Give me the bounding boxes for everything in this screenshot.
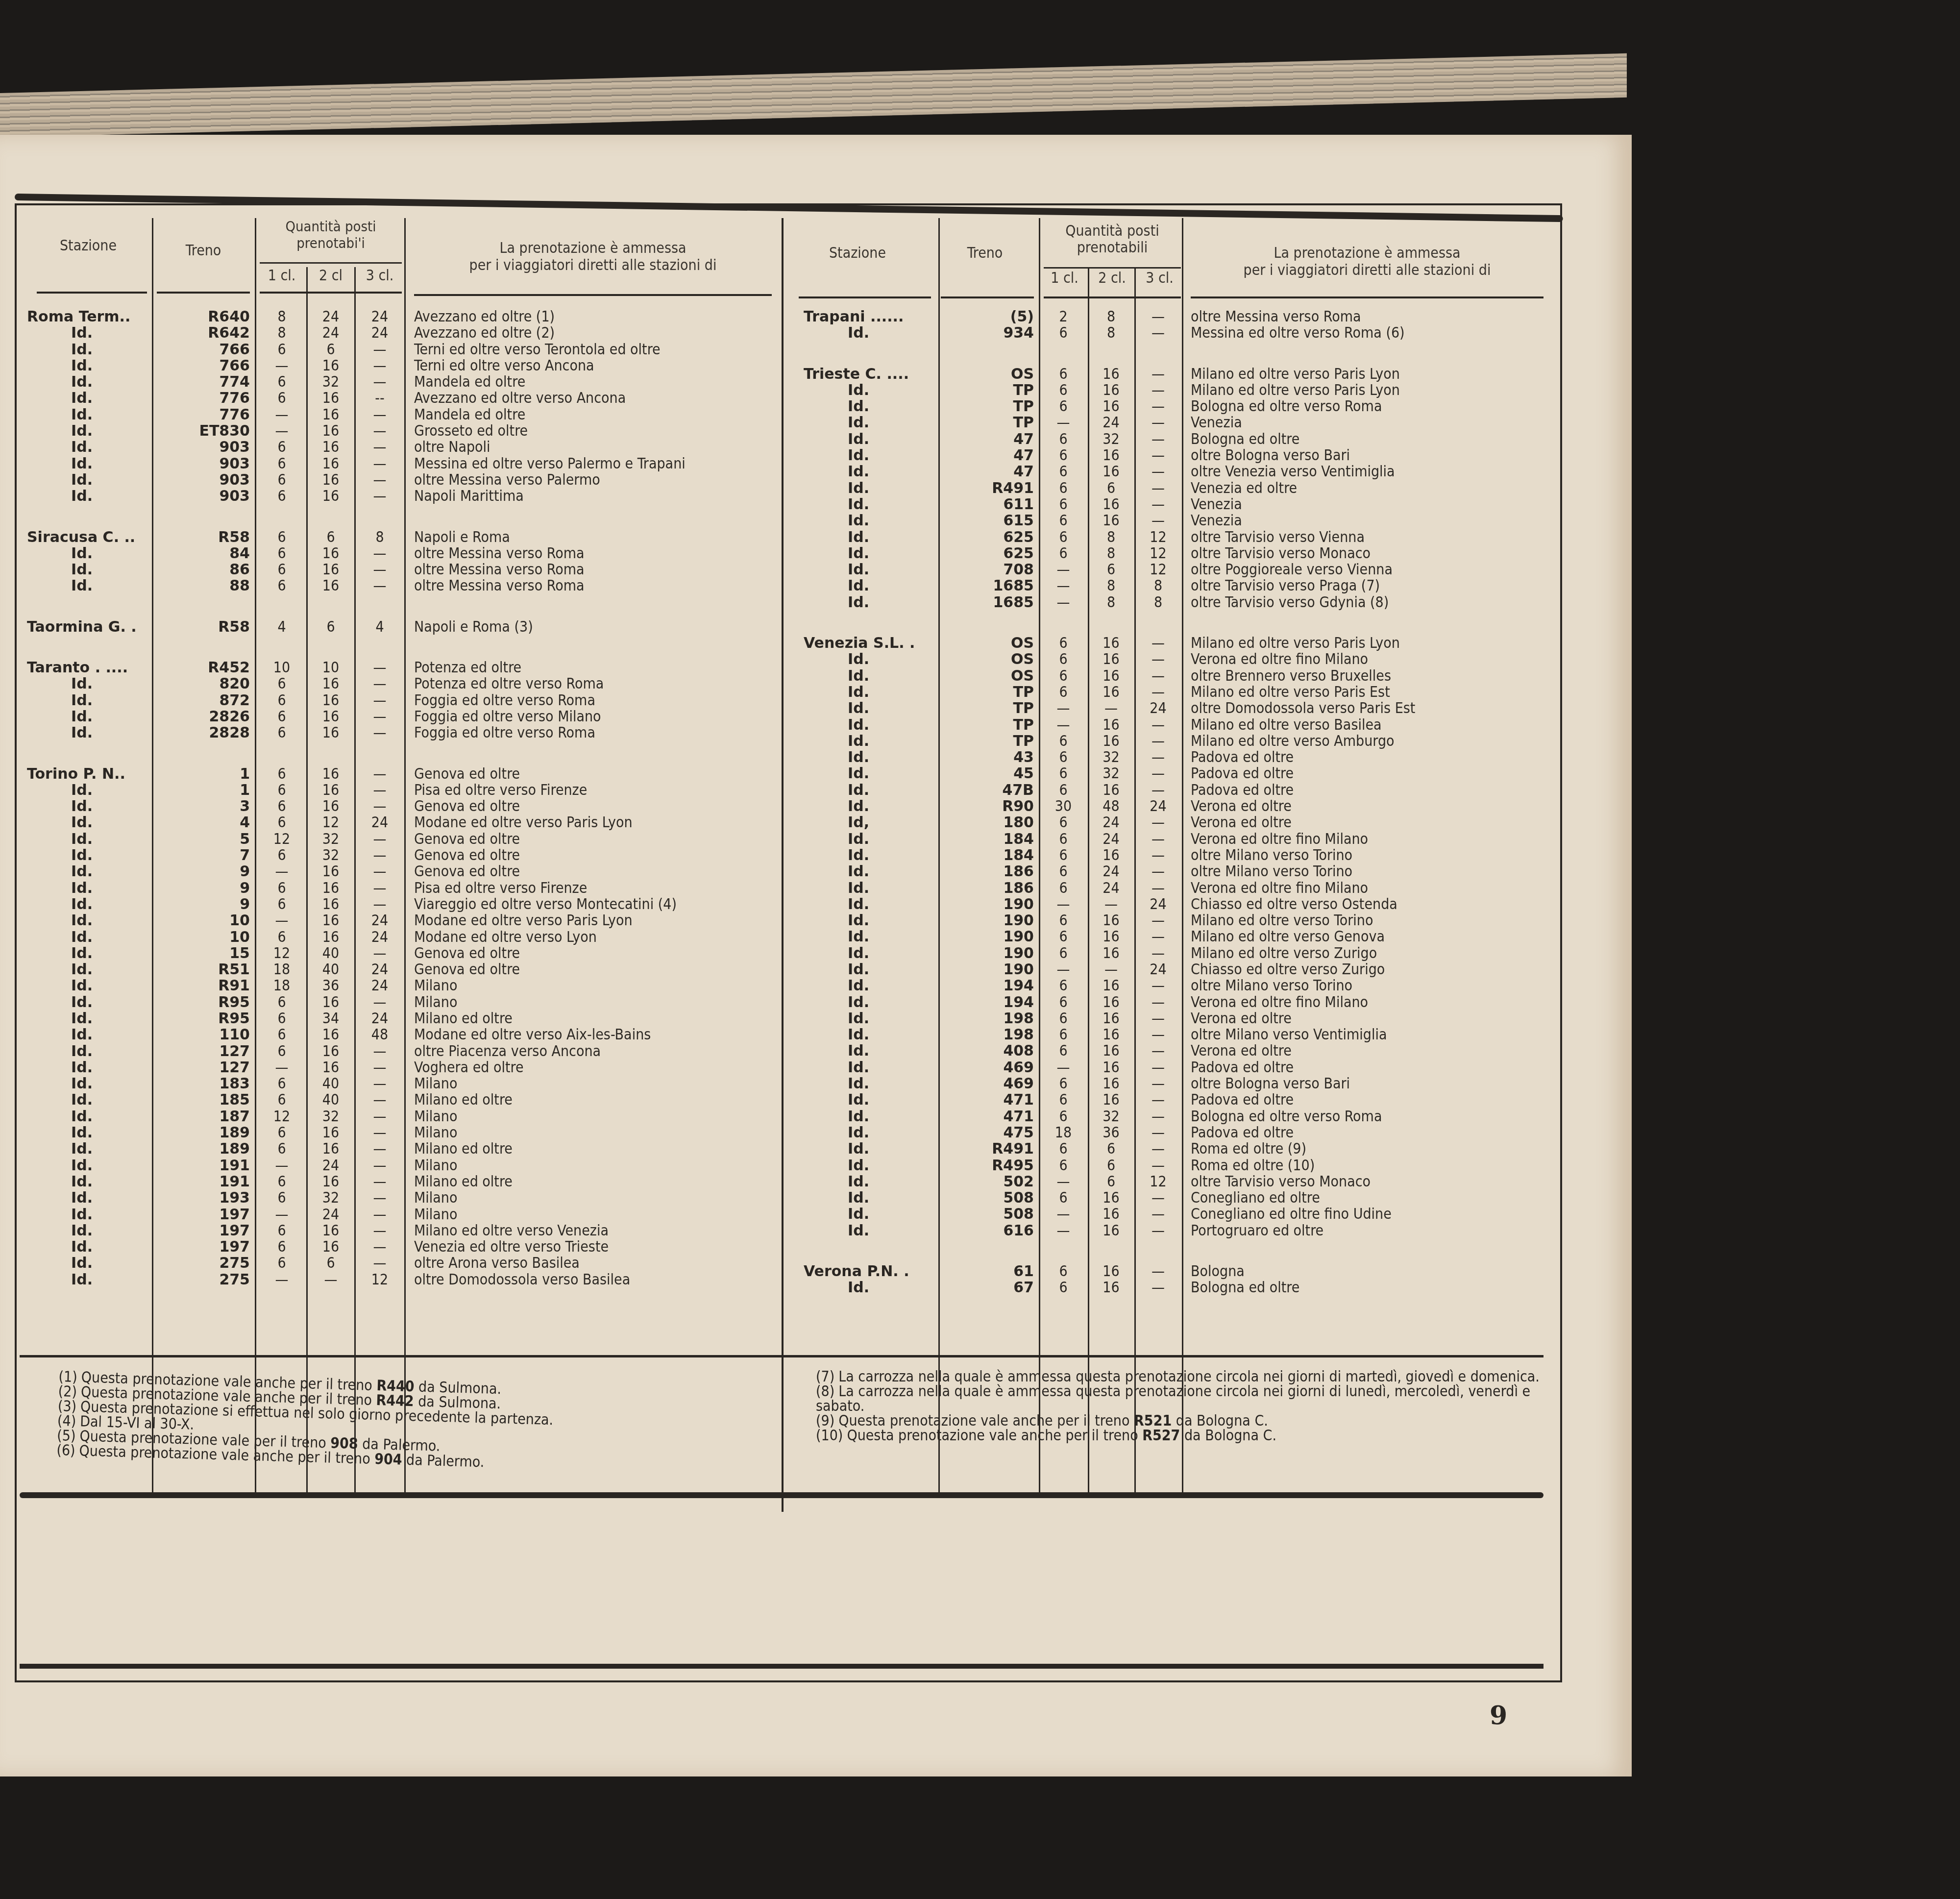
train-cell: 475	[941, 1125, 1034, 1141]
second-class-cell: 16	[306, 472, 355, 488]
table-row: Id.189616—Milano	[27, 1125, 777, 1141]
first-class-cell: 2	[1039, 309, 1088, 325]
first-class-cell: 6	[1039, 929, 1088, 945]
train-cell: 110	[154, 1027, 250, 1043]
train-cell: ET830	[154, 423, 250, 439]
first-class-cell: 6	[257, 896, 306, 913]
first-class-cell: 6	[257, 1223, 306, 1239]
book-page-edges	[0, 53, 1627, 137]
third-class-cell: 12	[355, 1272, 404, 1288]
first-class-cell: 6	[257, 439, 306, 455]
train-cell: 903	[154, 488, 250, 504]
second-class-cell: 24	[306, 1207, 355, 1223]
destination-cell: Padova ed oltre	[1191, 1060, 1294, 1076]
destination-cell: oltre Milano verso Torino	[1191, 847, 1352, 863]
destination-cell: Pisa ed oltre verso Firenze	[414, 880, 587, 896]
table-row: Id.151240—Genova ed oltre	[27, 945, 777, 962]
third-class-cell: —	[1134, 1076, 1182, 1092]
second-class-cell: 16	[306, 1125, 355, 1141]
second-class-cell: 16	[306, 896, 355, 913]
second-class-cell: 16	[1088, 1280, 1134, 1296]
table-row: Id.190——24Chiasso ed oltre verso Ostenda	[784, 896, 1548, 913]
header-underline	[37, 292, 147, 294]
second-class-cell: 16	[306, 994, 355, 1011]
third-class-cell: —	[1134, 1092, 1182, 1108]
destination-cell: Potenza ed oltre	[414, 660, 521, 676]
train-cell: 190	[941, 896, 1034, 913]
destination-cell: Mandela ed oltre	[414, 407, 525, 423]
third-class-cell: 24	[355, 814, 404, 831]
train-cell: 1	[154, 782, 250, 798]
first-class-cell: 18	[1039, 1125, 1088, 1141]
first-class-cell: 6	[1039, 978, 1088, 994]
first-class-cell: 6	[1039, 749, 1088, 765]
destination-cell: Genova ed oltre	[414, 863, 520, 880]
table-row: Id.903616—oltre Napoli	[27, 439, 777, 455]
second-class-cell: 48	[1088, 798, 1134, 814]
third-class-cell: —	[1134, 1060, 1182, 1076]
destination-cell: Venezia ed oltre	[1191, 480, 1297, 496]
third-class-cell: —	[1134, 749, 1182, 765]
second-class-cell: 16	[306, 709, 355, 725]
table-row: Id.776616--Avezzano ed oltre verso Ancon…	[27, 390, 777, 406]
footnotes-right: (7)La carrozza nella quale è ammessa que…	[816, 1370, 1541, 1443]
table-row: Id.774632—Mandela ed oltre	[27, 374, 777, 390]
destination-cell: Grosseto ed oltre	[414, 423, 528, 439]
second-class-cell: 34	[306, 1011, 355, 1027]
third-class-cell: —	[1134, 1263, 1182, 1280]
page-number: 9	[1490, 1701, 1507, 1730]
first-class-cell: 6	[1039, 635, 1088, 651]
second-class-cell: 16	[306, 725, 355, 741]
first-class-cell: 6	[257, 1011, 306, 1027]
destination-cell: Napoli e Roma (3)	[414, 619, 533, 635]
table-row: Id.903616—oltre Messina verso Palermo	[27, 472, 777, 488]
first-class-cell: 6	[257, 374, 306, 390]
train-cell: 190	[941, 962, 1034, 978]
first-class-cell: 6	[1039, 529, 1088, 545]
destination-cell: oltre Arona verso Basilea	[414, 1255, 580, 1271]
table-row: Id.197616—Milano ed oltre verso Venezia	[27, 1223, 777, 1239]
first-class-cell: —	[1039, 1223, 1088, 1239]
second-class-cell: 12	[306, 814, 355, 831]
train-cell: 903	[154, 456, 250, 472]
second-class-cell: 16	[306, 766, 355, 782]
header-underline	[799, 296, 931, 298]
table-row: Id.47616—oltre Bologna verso Bari	[784, 447, 1548, 464]
header-prenotazione-2: per i viaggiatori diretti alle stazioni …	[409, 257, 777, 274]
train-cell: 508	[941, 1190, 1034, 1206]
train-cell: OS	[941, 668, 1034, 684]
second-class-cell: 16	[306, 913, 355, 929]
train-cell: 61	[941, 1263, 1034, 1280]
first-class-cell: 6	[257, 814, 306, 831]
destination-cell: Venezia	[1191, 415, 1242, 431]
second-class-cell: 32	[306, 1190, 355, 1206]
third-class-cell: —	[355, 660, 404, 676]
train-cell: 615	[941, 513, 1034, 529]
third-class-cell: —	[1134, 1027, 1182, 1043]
train-cell: 191	[154, 1158, 250, 1174]
second-class-cell: —	[1088, 896, 1134, 913]
second-class-cell: 10	[306, 660, 355, 676]
third-class-cell: —	[1134, 1280, 1182, 1296]
first-class-cell: 12	[257, 1109, 306, 1125]
first-class-cell: —	[1039, 594, 1088, 611]
destination-cell: Milano	[414, 1125, 457, 1141]
train-cell: 84	[154, 545, 250, 562]
train-cell: 189	[154, 1141, 250, 1157]
train-cell: 183	[154, 1076, 250, 1092]
header-quantita: Quantità posti prenotabili	[1041, 223, 1183, 256]
train-cell: 186	[941, 863, 1034, 880]
destination-cell: Milano ed oltre	[414, 1092, 513, 1108]
train-cell: TP	[941, 398, 1034, 415]
first-class-cell: —	[1039, 896, 1088, 913]
third-class-cell: —	[355, 1141, 404, 1157]
second-class-cell: 16	[306, 407, 355, 423]
table-row: Taormina G. .R58464Napoli e Roma (3)	[27, 619, 777, 635]
table-row: Id.194616—oltre Milano verso Torino	[784, 978, 1548, 994]
table-row: Id.45632—Padova ed oltre	[784, 765, 1548, 782]
destination-cell: Potenza ed oltre verso Roma	[414, 676, 604, 692]
second-class-cell: 32	[306, 374, 355, 390]
second-class-cell: 16	[306, 562, 355, 578]
second-class-cell: 16	[306, 1060, 355, 1076]
station-cell: Verona P.N. .	[804, 1263, 936, 1280]
destination-cell: Bologna ed oltre verso Roma	[1191, 1109, 1382, 1125]
table-row: Id.820616—Potenza ed oltre verso Roma	[27, 676, 777, 692]
second-class-cell: 16	[1088, 945, 1134, 962]
second-class-cell: 16	[306, 1043, 355, 1060]
table-row: Id.190616—Milano ed oltre verso Zurigo	[784, 945, 1548, 962]
first-class-cell: —	[1039, 1060, 1088, 1076]
first-class-cell: 6	[257, 725, 306, 741]
train-cell: 3	[154, 798, 250, 814]
table-row: Id.502—612oltre Tarvisio verso Monaco	[784, 1174, 1548, 1190]
station-cell: Taranto . ....	[27, 660, 149, 676]
destination-cell: Viareggio ed oltre verso Montecatini (4)	[414, 896, 677, 913]
third-class-cell: —	[355, 798, 404, 814]
second-class-cell: 16	[1088, 651, 1134, 667]
second-class-cell: 16	[1088, 513, 1134, 529]
third-class-cell: —	[1134, 635, 1182, 651]
station-cell: Venezia S.L. .	[804, 635, 936, 651]
first-class-cell: 6	[1039, 1076, 1088, 1092]
first-class-cell: —	[257, 1060, 306, 1076]
third-class-cell: —	[355, 896, 404, 913]
table-row: Id.R95616—Milano	[27, 994, 777, 1011]
train-cell: 15	[154, 945, 250, 962]
table-row: Id.TP——24oltre Domodossola verso Paris E…	[784, 700, 1548, 716]
third-class-cell: —	[355, 342, 404, 358]
train-cell: 197	[154, 1223, 250, 1239]
third-class-cell: —	[355, 1174, 404, 1190]
third-class-cell: 12	[1134, 562, 1182, 578]
second-class-cell: 16	[306, 423, 355, 439]
third-class-cell: —	[355, 945, 404, 962]
destination-cell: oltre Messina verso Palermo	[414, 472, 600, 488]
table-row: Id.27566—oltre Arona verso Basilea	[27, 1255, 777, 1271]
destination-cell: oltre Messina verso Roma	[414, 562, 585, 578]
table-row: Taranto . ....R4521010—Potenza ed oltre	[27, 660, 777, 676]
first-class-cell: 6	[1039, 545, 1088, 562]
header-3cl: 3 cl.	[355, 267, 404, 284]
second-class-cell: 32	[306, 831, 355, 847]
train-cell: 193	[154, 1190, 250, 1206]
third-class-cell: —	[355, 472, 404, 488]
destination-cell: Mandela ed oltre	[414, 374, 525, 390]
train-cell: 9	[154, 896, 250, 913]
train-cell: 275	[154, 1272, 250, 1288]
table-body: Trapani ......(5)28—oltre Messina verso …	[784, 309, 1548, 1296]
destination-cell: Verona ed oltre fino Milano	[1191, 651, 1368, 667]
table-row: Id.471632—Bologna ed oltre verso Roma	[784, 1109, 1548, 1125]
second-class-cell: 6	[306, 619, 355, 635]
third-class-cell: —	[1134, 447, 1182, 464]
destination-cell: Bologna	[1191, 1263, 1245, 1280]
third-class-cell: —	[1134, 1109, 1182, 1125]
third-class-cell: —	[355, 578, 404, 594]
third-class-cell: —	[355, 1043, 404, 1060]
train-cell: 47	[941, 431, 1034, 447]
destination-cell: Venezia ed oltre verso Trieste	[414, 1239, 609, 1255]
third-class-cell: —	[355, 766, 404, 782]
third-class-cell: —	[1134, 309, 1182, 325]
destination-cell: Messina ed oltre verso Roma (6)	[1191, 325, 1405, 341]
table-body: Roma Term..R64082424Avezzano ed oltre (1…	[27, 309, 777, 1288]
header-underline	[260, 292, 402, 294]
table-row: Id.275——12oltre Domodossola verso Basile…	[27, 1272, 777, 1288]
train-cell: TP	[941, 382, 1034, 398]
destination-cell: oltre Milano verso Torino	[1191, 863, 1352, 880]
table-row: Id.2826616—Foggia ed oltre verso Milano	[27, 709, 777, 725]
table-row: Id.1871232—Milano	[27, 1109, 777, 1125]
table-row: Id.R51184024Genova ed oltre	[27, 962, 777, 978]
second-class-cell: 16	[306, 782, 355, 798]
second-class-cell: 16	[1088, 1206, 1134, 1222]
second-class-cell: 8	[1088, 309, 1134, 325]
third-class-cell: —	[355, 439, 404, 455]
second-class-cell: 16	[1088, 684, 1134, 700]
destination-cell: Milano ed oltre verso Paris Lyon	[1191, 366, 1400, 382]
train-cell: 766	[154, 358, 250, 374]
first-class-cell: 6	[257, 488, 306, 504]
table-row: Id.194616—Verona ed oltre fino Milano	[784, 994, 1548, 1011]
third-class-cell: —	[355, 1255, 404, 1271]
train-cell: 708	[941, 562, 1034, 578]
first-class-cell: —	[1039, 1174, 1088, 1190]
first-class-cell: —	[257, 1272, 306, 1288]
destination-cell: Avezzano ed oltre verso Ancona	[414, 390, 626, 406]
first-class-cell: 6	[1039, 668, 1088, 684]
table-row: Id.776—16—Mandela ed oltre	[27, 407, 777, 423]
destination-cell: Modane ed oltre verso Paris Lyon	[414, 913, 633, 929]
train-cell: 127	[154, 1043, 250, 1060]
destination-cell: oltre Tarvisio verso Vienna	[1191, 529, 1365, 545]
destination-cell: Padova ed oltre	[1191, 782, 1294, 798]
second-class-cell: 32	[1088, 1109, 1134, 1125]
header-prenotazione-1: La prenotazione è ammessa	[409, 240, 777, 257]
destination-cell: oltre Tarvisio verso Praga (7)	[1191, 578, 1380, 594]
second-class-cell: 16	[1088, 635, 1134, 651]
third-class-cell: --	[355, 390, 404, 406]
first-class-cell: 6	[1039, 464, 1088, 480]
third-class-cell: —	[1134, 480, 1182, 496]
train-cell: 903	[154, 472, 250, 488]
header-3cl: 3 cl.	[1136, 270, 1183, 287]
first-class-cell: 6	[257, 1027, 306, 1043]
third-class-cell: —	[1134, 431, 1182, 447]
train-cell: OS	[941, 635, 1034, 651]
destination-cell: Portogruaro ed oltre	[1191, 1223, 1323, 1239]
table-row: Id.197—24—Milano	[27, 1207, 777, 1223]
footnote-number: (10)	[816, 1427, 843, 1444]
second-class-cell: 16	[306, 798, 355, 814]
third-class-cell: 24	[1134, 896, 1182, 913]
station-cell: Torino P. N..	[27, 766, 149, 782]
third-class-cell: 24	[1134, 700, 1182, 716]
destination-cell: oltre Venezia verso Ventimiglia	[1191, 464, 1395, 480]
table-row: Id.67616—Bologna ed oltre	[784, 1280, 1548, 1296]
destination-cell: oltre Domodossola verso Basilea	[414, 1272, 630, 1288]
first-class-cell: 6	[1039, 782, 1088, 798]
station-cell: Siracusa C. ..	[27, 529, 149, 545]
third-class-cell: —	[355, 545, 404, 562]
third-class-cell: —	[355, 456, 404, 472]
table-row: Id.903616—Napoli Marittima	[27, 488, 777, 504]
table-row: Id.86616—oltre Messina verso Roma	[27, 562, 777, 578]
second-class-cell: 16	[306, 692, 355, 709]
footnote-rule	[20, 1355, 1543, 1357]
destination-cell: Padova ed oltre	[1191, 1092, 1294, 1108]
first-class-cell: 6	[257, 994, 306, 1011]
train-cell: R51	[154, 962, 250, 978]
second-class-cell: 16	[306, 1239, 355, 1255]
table-row: Id.183640—Milano	[27, 1076, 777, 1092]
destination-cell: Milano ed oltre	[414, 1174, 513, 1190]
first-class-cell: —	[1039, 415, 1088, 431]
third-class-cell: —	[355, 374, 404, 390]
third-class-cell: —	[1134, 994, 1182, 1011]
footnote-text: da Bologna C.	[1180, 1427, 1276, 1444]
train-cell: 625	[941, 545, 1034, 562]
second-class-cell: 24	[1088, 863, 1134, 880]
second-class-cell: 8	[1088, 529, 1134, 545]
group-spacer	[27, 505, 777, 529]
table-row: Id.47616—oltre Venezia verso Ventimiglia	[784, 464, 1548, 480]
third-class-cell: —	[1134, 415, 1182, 431]
first-class-cell: 6	[1039, 913, 1088, 929]
train-cell: R491	[941, 1141, 1034, 1157]
third-class-cell: —	[355, 709, 404, 725]
third-class-cell: —	[1134, 1125, 1182, 1141]
header-underline	[1044, 267, 1181, 269]
destination-cell: Bologna ed oltre	[1191, 431, 1299, 447]
destination-cell: Genova ed oltre	[414, 766, 520, 782]
destination-cell: Foggia ed oltre verso Roma	[414, 725, 595, 741]
group-spacer	[784, 342, 1548, 366]
third-class-cell: —	[355, 1125, 404, 1141]
destination-cell: oltre Bologna verso Bari	[1191, 1076, 1350, 1092]
destination-cell: Milano	[414, 1207, 457, 1223]
second-class-cell: 16	[306, 456, 355, 472]
table-row: Id.TP—24—Venezia	[784, 415, 1548, 431]
table-row: Id.190616—Milano ed oltre verso Genova	[784, 929, 1548, 945]
train-cell: 194	[941, 994, 1034, 1011]
second-class-cell: 16	[1088, 366, 1134, 382]
destination-cell: Milano ed oltre verso Paris Lyon	[1191, 635, 1400, 651]
table-row: Id.84616—oltre Messina verso Roma	[27, 545, 777, 562]
second-class-cell: —	[1088, 962, 1134, 978]
table-row: Id.186624—Verona ed oltre fino Milano	[784, 880, 1548, 896]
train-cell: 10	[154, 913, 250, 929]
third-class-cell: 12	[1134, 1174, 1182, 1190]
first-class-cell: 6	[1039, 863, 1088, 880]
first-class-cell: 6	[1039, 398, 1088, 415]
destination-cell: Genova ed oltre	[414, 798, 520, 814]
destination-cell: Milano ed oltre	[414, 1011, 513, 1027]
second-class-cell: 16	[306, 439, 355, 455]
second-class-cell: 16	[1088, 1263, 1134, 1280]
third-class-cell: —	[355, 692, 404, 709]
train-cell: 408	[941, 1043, 1034, 1059]
third-class-cell: —	[1134, 782, 1182, 798]
destination-cell: Milano ed oltre verso Paris Lyon	[1191, 382, 1400, 398]
table-row: Id.ET830—16—Grosseto ed oltre	[27, 423, 777, 439]
second-class-cell: 40	[306, 1076, 355, 1092]
third-class-cell: —	[1134, 1223, 1182, 1239]
second-class-cell: 16	[1088, 717, 1134, 733]
first-class-cell: 6	[257, 1141, 306, 1157]
second-class-cell: 16	[1088, 782, 1134, 798]
table-row: Id.R49566—Roma ed oltre (10)	[784, 1158, 1548, 1174]
table-row: Id.616—16—Portogruaro ed oltre	[784, 1223, 1548, 1239]
first-class-cell: —	[1039, 700, 1088, 716]
third-class-cell: —	[355, 880, 404, 896]
third-class-cell: —	[1134, 929, 1182, 945]
destination-cell: Milano ed oltre verso Venezia	[414, 1223, 609, 1239]
destination-cell: Padova ed oltre	[1191, 749, 1294, 765]
first-class-cell: —	[257, 913, 306, 929]
header-treno: Treno	[154, 243, 252, 259]
group-spacer	[27, 594, 777, 619]
header-2cl: 2 cl	[306, 267, 355, 284]
header-stazione: Stazione	[784, 245, 931, 262]
table-row: Id.872616—Foggia ed oltre verso Roma	[27, 692, 777, 709]
first-class-cell: 6	[257, 390, 306, 406]
destination-cell: Milano ed oltre verso Basilea	[1191, 717, 1382, 733]
third-class-cell: —	[355, 994, 404, 1011]
second-class-cell: 32	[306, 1109, 355, 1125]
second-class-cell: 16	[306, 390, 355, 406]
destination-cell: Roma ed oltre (9)	[1191, 1141, 1306, 1157]
destination-cell: Napoli e Roma	[414, 529, 510, 545]
table-row: Id.47632—Bologna ed oltre	[784, 431, 1548, 447]
first-class-cell: 6	[257, 709, 306, 725]
table-header: Stazione Treno Quantità posti prenotabi'…	[27, 218, 777, 299]
first-class-cell: —	[1039, 962, 1088, 978]
table-row: Id.508—16—Conegliano ed oltre fino Udine	[784, 1206, 1548, 1222]
third-class-cell: —	[355, 1109, 404, 1125]
second-class-cell: —	[306, 1272, 355, 1288]
second-class-cell: 16	[1088, 382, 1134, 398]
second-class-cell: 16	[306, 676, 355, 692]
bottom-rule	[20, 1492, 1543, 1498]
footnote-text: La carrozza nella quale è ammessa questa…	[816, 1383, 1530, 1415]
table-row: Id.TP616—Bologna ed oltre verso Roma	[784, 398, 1548, 415]
third-class-cell: —	[1134, 847, 1182, 863]
